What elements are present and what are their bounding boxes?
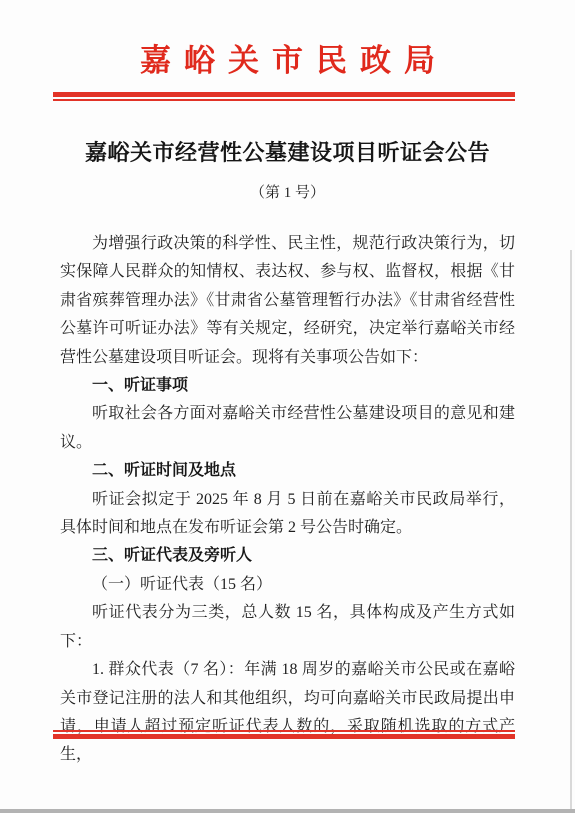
scan-edge-right [570,250,572,813]
document-body: 为增强行政决策的科学性、民主性，规范行政决策行为，切实保障人民群众的知情权、表达… [60,230,515,770]
body-paragraph: 听证会拟定于 2025 年 8 月 5 日前在嘉峪关市民政局举行，具体时间和地点… [60,486,515,543]
document-page: 嘉峪关市民政局 嘉峪关市经营性公墓建设项目听证会公告 （第 1 号） 为增强行政… [0,0,575,813]
letterhead-org-name: 嘉峪关市民政局 [0,44,575,78]
subsection-label: （一）听证代表（15 名） [60,571,515,599]
document-title: 嘉峪关市经营性公墓建设项目听证会公告 [30,138,545,168]
section-heading: 三、听证代表及旁听人 [60,542,515,570]
body-paragraph: 听取社会各方面对嘉峪关市经营性公墓建设项目的意见和建议。 [60,400,515,457]
rule-thin-bar [53,99,515,101]
body-paragraph: 听证代表分为三类，总人数 15 名，具体构成及产生方式如下： [60,599,515,656]
document-number: （第 1 号） [0,183,575,203]
body-paragraph: 1. 群众代表（7 名）：年满 18 周岁的嘉峪关市公民或在嘉峪关市登记注册的法… [60,656,515,770]
rule-thick-bar [53,734,515,739]
letterhead-divider-rule [53,92,515,101]
footer-divider-rule [53,730,515,739]
section-heading: 二、听证时间及地点 [60,457,515,485]
body-paragraph: 为增强行政决策的科学性、民主性，规范行政决策行为，切实保障人民群众的知情权、表达… [60,230,515,372]
section-heading: 一、听证事项 [60,372,515,400]
scan-edge-bottom [0,809,575,813]
